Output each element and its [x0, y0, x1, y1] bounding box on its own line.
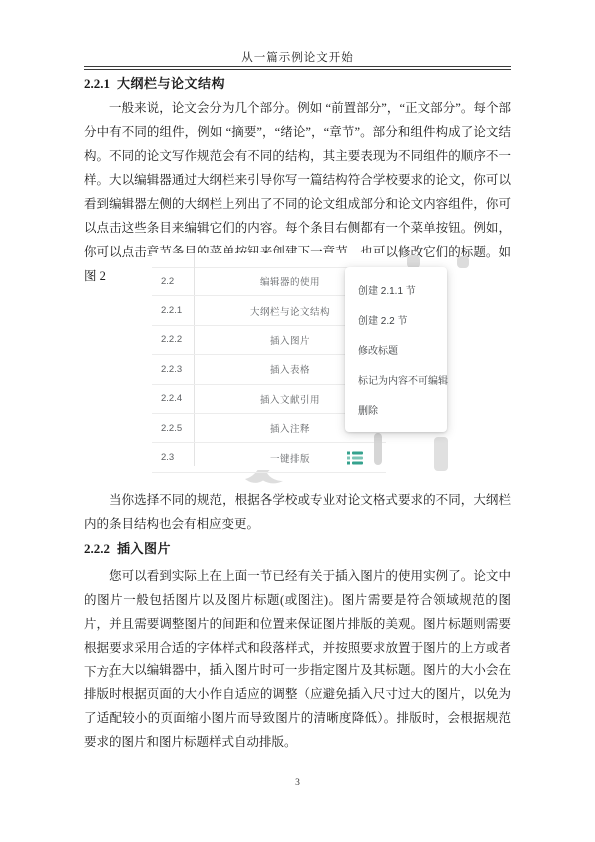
scrollbar-stub [457, 256, 469, 268]
outline-row: 2.3 一键排版 [152, 443, 386, 472]
menu-item-create-section: 创建 2.2 节 [345, 312, 447, 327]
page-number: 3 [0, 778, 595, 788]
format-list-icon [347, 451, 363, 464]
paragraph: 当你选择不同的规范，根据各学校或专业对论文格式要求的不同，大纲栏内的条目结构也会… [84, 488, 511, 536]
outline-row-number: 2.2.4 [152, 393, 194, 404]
context-menu: 创建 2.1.1 节 创建 2.2 节 修改标题 标记为内容不可编辑 删除 [345, 267, 447, 432]
outline-row-number: 2.2.2 [152, 334, 194, 345]
outline-row-number: 2.2.1 [152, 305, 194, 316]
outline-row-number: 2.2 [152, 276, 194, 287]
menu-item-mark-readonly: 标记为内容不可编辑 [345, 372, 447, 387]
section-heading-221: 2.2.1大纲栏与论文结构 [84, 76, 511, 92]
section-number: 2.2.2 [84, 541, 110, 556]
page-header-title: 从一篇示例论文开始 [84, 49, 511, 65]
section-heading-222: 2.2.2插入图片 [84, 541, 511, 557]
figure-outline-screenshot: 2.2 编辑器的使用 2.2.1 大纲栏与论文结构 2.2.2 插入图片 2.2… [152, 253, 472, 491]
outline-row-partial [152, 253, 386, 268]
section-title: 插入图片 [117, 541, 171, 556]
scrollbar-stub [434, 437, 448, 471]
paragraph: 在大以编辑器中，插入图片时可一步指定图片及其标题。图片的大小会在排版时根据页面的… [84, 658, 511, 754]
menu-item-rename: 修改标题 [345, 342, 447, 357]
outline-row-number: 2.3 [152, 452, 194, 463]
outline-row-number: 2.2.3 [152, 364, 194, 375]
menu-item-create-subsection: 创建 2.1.1 节 [345, 282, 447, 297]
menu-item-delete: 删除 [345, 402, 447, 417]
section-title: 大纲栏与论文结构 [117, 76, 225, 91]
document-page: 从一篇示例论文开始 2.2.1大纲栏与论文结构 一般来说，论文会分为几个部分。例… [0, 0, 595, 842]
outline-row-number: 2.2.5 [152, 423, 194, 434]
section-number: 2.2.1 [84, 76, 110, 91]
scrollbar-stub [374, 433, 382, 465]
header-rule [84, 66, 511, 70]
